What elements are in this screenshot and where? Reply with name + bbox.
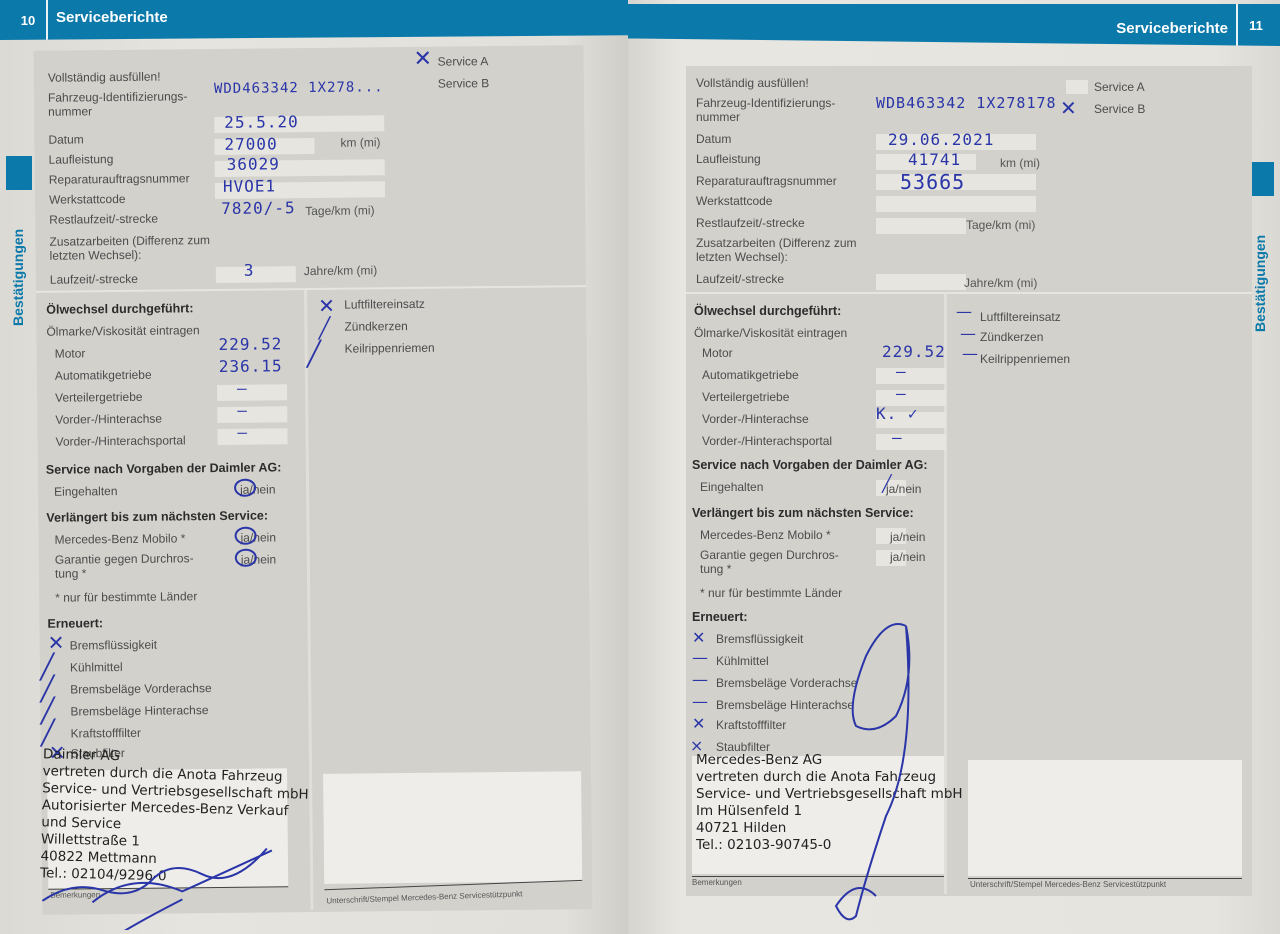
checklist-label-air-filter: Luftfiltereinsatz xyxy=(980,310,1061,324)
oil-value-automatic: 236.15 xyxy=(219,356,283,376)
label-date: Datum xyxy=(48,132,83,146)
oil-value-axle: — xyxy=(237,401,248,420)
remaining-field xyxy=(876,218,966,234)
oil-label-axle: Vorder-/Hinterachse xyxy=(702,412,809,426)
label-service-a: Service A xyxy=(438,54,489,69)
signature-box xyxy=(323,771,582,884)
renewed-item: Bremsflüssigkeit xyxy=(716,632,803,646)
daimler-label: Eingehalten xyxy=(54,484,118,499)
label-duration: Laufzeit/-strecke xyxy=(50,272,138,287)
label-workshop-code: Werkstattcode xyxy=(49,192,126,207)
repair-order-value: 36029 xyxy=(227,154,280,174)
selected-circle-icon xyxy=(234,527,256,545)
vin-value: WDB463342 1X278178 xyxy=(876,94,1057,112)
service-form: Vollständig ausfüllen! Fahrzeug-Identifi… xyxy=(686,66,1252,896)
section-tab-label: Bestätigungen xyxy=(1252,235,1268,332)
section-tab: Bestätigungen xyxy=(6,156,32,190)
duration-value: 3 xyxy=(244,261,255,280)
dash-mark-icon: — xyxy=(962,344,978,363)
dash-mark-icon: — xyxy=(692,670,708,689)
oil-label-automatic: Automatikgetriebe xyxy=(702,368,799,382)
duration-field xyxy=(216,266,296,283)
renewed-list: ✕ Bremsflüssigkeit ╱ Kühlmittel ╱ Bremsb… xyxy=(33,45,583,51)
selected-mark-icon: ╱ xyxy=(882,474,892,493)
oil-label-portal: Vorder-/Hinterachsportal xyxy=(702,434,832,448)
daimler-heading: Service nach Vorgaben der Daimler AG: xyxy=(46,460,282,476)
date-value: 25.5.20 xyxy=(224,112,299,132)
unit-km: km (mi) xyxy=(340,135,380,149)
parts-checklist: ✕ Luftfiltereinsatz ╱ Zündkerzen ╱ Keilr… xyxy=(33,45,583,51)
section-tab-label: Bestätigungen xyxy=(10,229,26,326)
oil-value-portal: — xyxy=(892,428,903,447)
dash-mark-icon: — xyxy=(956,302,972,321)
signature-caption: Unterschrift/Stempel Mercedes-Benz Servi… xyxy=(326,889,522,905)
oil-field-axle xyxy=(217,406,287,423)
page-number: 10 xyxy=(10,0,48,40)
right-page: Serviceberichte 11 Bestätigungen Vollstä… xyxy=(628,0,1280,934)
unit-km: km (mi) xyxy=(1000,156,1040,170)
renewed-heading: Erneuert: xyxy=(692,610,748,624)
oil-label-portal: Vorder-/Hinterachsportal xyxy=(56,433,186,448)
extended-heading: Verlängert bis zum nächsten Service: xyxy=(692,506,914,520)
dealer-stamp: Mercedes-Benz AG vertreten durch die Ano… xyxy=(696,752,963,854)
oil-label-transfer: Verteilergetriebe xyxy=(55,390,143,405)
signature-box xyxy=(968,760,1242,876)
oil-value-motor: 229.52 xyxy=(882,342,946,361)
extended-label-mobilo: Mercedes-Benz Mobilo * xyxy=(700,528,831,542)
label-extra-work: Zusatzarbeiten (Differenz zum letzten We… xyxy=(696,236,857,264)
renewed-item: Bremsbeläge Hinterachse xyxy=(70,703,208,718)
selected-circle-icon xyxy=(235,549,257,567)
daimler-label: Eingehalten xyxy=(700,480,763,494)
label-fill-all: Vollständig ausfüllen! xyxy=(696,76,809,90)
oil-field-transfer xyxy=(217,384,287,401)
oil-subheading: Ölmarke/Viskosität eintragen xyxy=(46,323,199,339)
dash-mark-icon: — xyxy=(692,692,708,711)
oil-heading: Ölwechsel durchgeführt: xyxy=(46,301,193,317)
label-date: Datum xyxy=(696,132,731,146)
signature-line xyxy=(968,878,1242,879)
extended-label-rust: Garantie gegen Durchros- tung * xyxy=(55,551,194,580)
oil-label-transfer: Verteilergetriebe xyxy=(702,390,789,404)
date-value: 29.06.2021 xyxy=(888,130,994,149)
oil-field-automatic xyxy=(876,368,946,384)
slash-mark-icon: ╱ xyxy=(307,340,322,368)
label-repair-order: Reparaturauftragsnummer xyxy=(696,174,837,188)
checklist-label-spark-plugs: Zündkerzen xyxy=(980,330,1043,344)
workshop-code-value: HVOE1 xyxy=(223,176,276,196)
oil-subheading: Ölmarke/Viskosität eintragen xyxy=(694,326,847,340)
oil-value-transfer: — xyxy=(896,384,907,403)
cross-mark-icon: ✕ xyxy=(48,631,65,655)
oil-field-portal xyxy=(876,434,946,450)
label-service-b: Service B xyxy=(1094,102,1145,116)
page-header: Serviceberichte 11 xyxy=(628,4,1280,46)
label-vin: Fahrzeug-Identifizierungs- nummer xyxy=(48,89,188,118)
oil-value-portal: — xyxy=(237,423,248,442)
mileage-value: 27000 xyxy=(224,134,277,154)
duration-field xyxy=(876,274,966,290)
footnote: * nur für bestimmte Länder xyxy=(55,589,197,604)
page-number: 11 xyxy=(1236,4,1274,46)
oil-list: Motor 229.52 Automatikgetriebe 236.15 Ve… xyxy=(33,45,583,51)
dealer-stamp: Daimler AG vertreten durch die Anota Fah… xyxy=(40,746,310,888)
label-duration: Laufzeit/-strecke xyxy=(696,272,784,286)
vin-value: WDD463342 1X278... xyxy=(214,79,384,97)
oil-label-automatic: Automatikgetriebe xyxy=(55,368,152,383)
page-title: Serviceberichte xyxy=(1116,20,1228,37)
dash-mark-icon: — xyxy=(692,648,708,667)
label-workshop-code: Werkstattcode xyxy=(696,194,772,208)
section-divider xyxy=(36,285,586,293)
label-repair-order: Reparaturauftragsnummer xyxy=(49,171,190,186)
service-a-checkbox xyxy=(1066,80,1088,94)
label-service-a: Service A xyxy=(1094,80,1145,94)
mileage-value: 41741 xyxy=(908,150,961,169)
signature-caption: Unterschrift/Stempel Mercedes-Benz Servi… xyxy=(970,880,1166,889)
renewed-item: Bremsbeläge Vorderachse xyxy=(716,676,857,690)
renewed-item: Kraftstofffilter xyxy=(716,718,786,732)
slash-mark-icon: ╱ xyxy=(318,316,330,340)
extended-heading: Verlängert bis zum nächsten Service: xyxy=(46,508,268,524)
renewed-item: Kühlmittel xyxy=(716,654,769,668)
repair-order-value: 53665 xyxy=(900,170,965,194)
renewed-item: Kühlmittel xyxy=(70,660,123,675)
renewed-item: Kraftstofffilter xyxy=(71,726,141,741)
remarks-caption: Bemerkungen xyxy=(692,878,742,887)
service-b-check-icon: ✕ xyxy=(1060,96,1077,120)
remarks-line xyxy=(692,876,944,877)
oil-label-axle: Vorder-/Hinterachse xyxy=(55,412,162,427)
section-tab-marker xyxy=(6,156,32,190)
section-divider xyxy=(686,292,1252,294)
renewed-item: Bremsbeläge Hinterachse xyxy=(716,698,854,712)
oil-label-motor: Motor xyxy=(55,346,86,360)
unit-years: Jahre/km (mi) xyxy=(964,276,1037,290)
extended-choice-mobilo: ja/nein xyxy=(890,530,925,544)
extended-label-mobilo: Mercedes-Benz Mobilo * xyxy=(55,531,186,546)
unit-years: Jahre/km (mi) xyxy=(304,263,377,278)
extended-label-rust: Garantie gegen Durchros- tung * xyxy=(700,548,839,576)
remarks-caption: Bemerkungen xyxy=(50,890,100,900)
workshop-code-field xyxy=(876,196,1036,212)
check-mark-icon: ✕ xyxy=(318,294,335,318)
extended-choice-rust: ja/nein xyxy=(890,550,925,564)
checklist-label-spark-plugs: Zündkerzen xyxy=(344,319,408,334)
renewed-heading: Erneuert: xyxy=(47,616,103,631)
left-page: 10 Serviceberichte Bestätigungen Vollstä… xyxy=(0,0,628,934)
label-service-b: Service B xyxy=(438,76,490,91)
label-vin: Fahrzeug-Identifizierungs- nummer xyxy=(696,96,835,124)
oil-value-axle: K. ✓ xyxy=(876,404,919,423)
oil-value-transfer: — xyxy=(237,379,248,398)
cross-mark-icon: ✕ xyxy=(692,628,705,647)
remaining-value: 7820/-5 xyxy=(221,198,296,218)
cross-mark-icon: ✕ xyxy=(692,714,705,733)
checklist-label-belt: Keilrippenriemen xyxy=(980,352,1070,366)
checklist-label-air-filter: Luftfiltereinsatz xyxy=(344,297,425,312)
label-mileage: Laufleistung xyxy=(49,152,114,167)
dash-mark-icon: — xyxy=(960,324,976,343)
label-remaining: Restlaufzeit/-strecke xyxy=(696,216,805,230)
oil-label-motor: Motor xyxy=(702,346,733,360)
page-header: 10 Serviceberichte xyxy=(0,0,628,40)
label-remaining: Restlaufzeit/-strecke xyxy=(49,212,158,227)
selected-circle-icon xyxy=(234,479,256,497)
unit-days: Tage/km (mi) xyxy=(305,203,374,218)
unit-days: Tage/km (mi) xyxy=(966,218,1035,232)
oil-heading: Ölwechsel durchgeführt: xyxy=(694,304,841,318)
renewed-item: Bremsbeläge Vorderachse xyxy=(70,681,212,696)
checklist-label-belt: Keilrippenriemen xyxy=(345,341,435,356)
label-extra-work: Zusatzarbeiten (Differenz zum letzten We… xyxy=(49,233,210,263)
service-form: Vollständig ausfüllen! Fahrzeug-Identifi… xyxy=(33,45,592,915)
oil-field-portal xyxy=(217,428,287,445)
label-mileage: Laufleistung xyxy=(696,152,761,166)
oil-value-automatic: — xyxy=(896,362,907,381)
service-a-check-icon: ✕ xyxy=(413,47,432,72)
daimler-heading: Service nach Vorgaben der Daimler AG: xyxy=(692,458,928,472)
footnote: * nur für bestimmte Länder xyxy=(700,586,842,600)
oil-value-motor: 229.52 xyxy=(218,334,282,354)
renewed-item: Bremsflüssigkeit xyxy=(70,638,158,653)
label-fill-all: Vollständig ausfüllen! xyxy=(48,70,161,85)
page-title: Serviceberichte xyxy=(56,9,168,26)
